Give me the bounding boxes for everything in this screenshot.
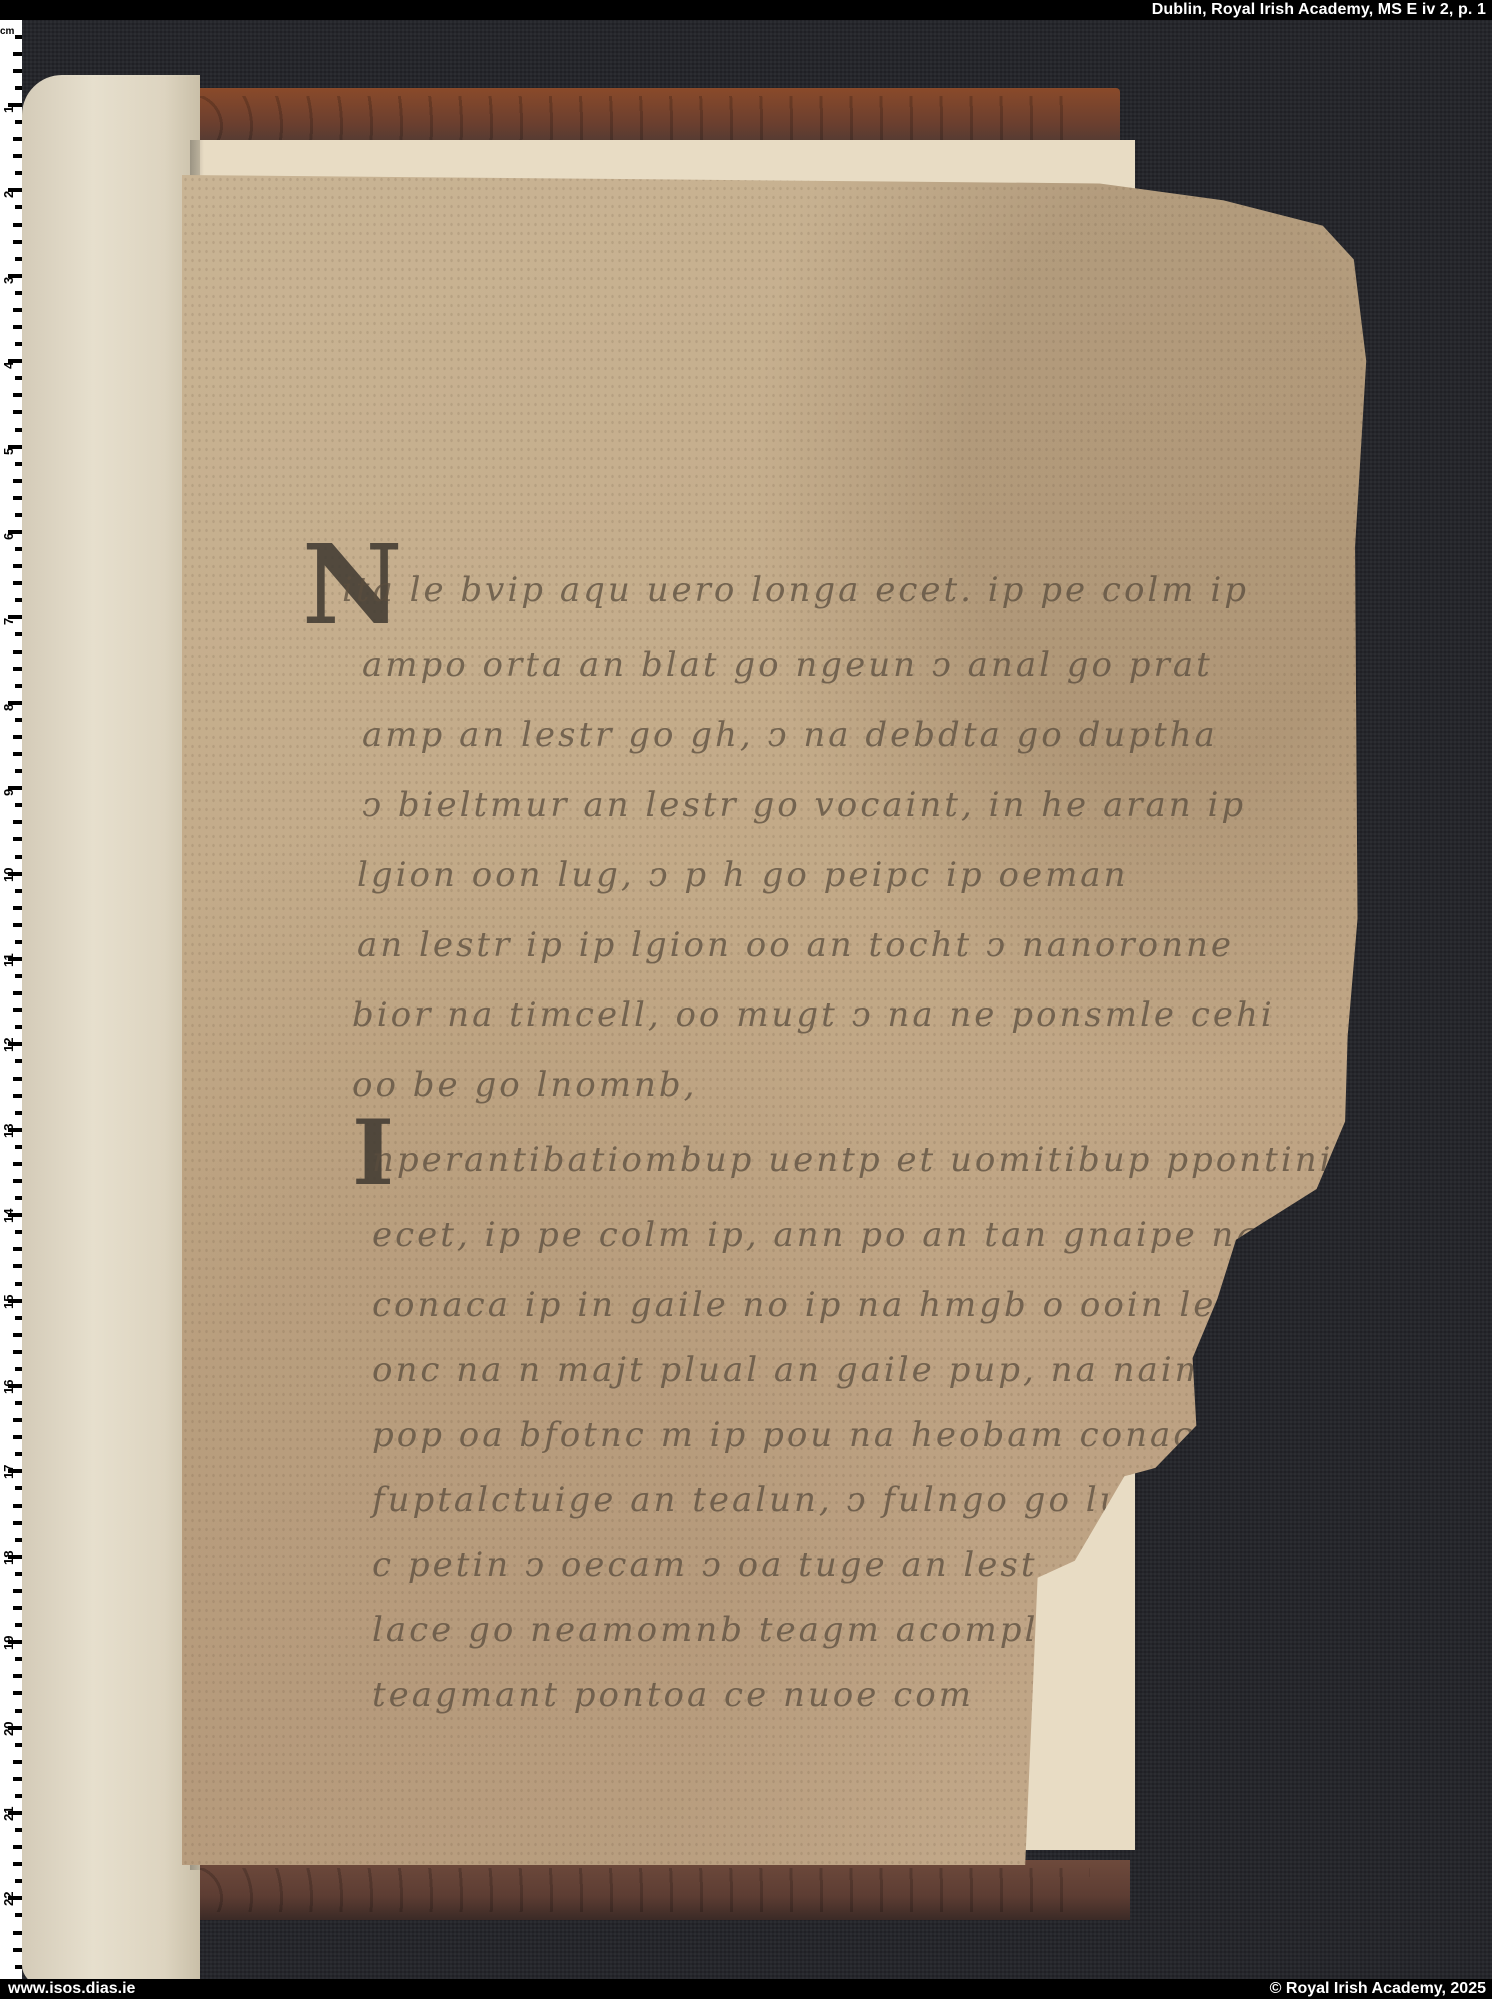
ruler-tick bbox=[15, 86, 22, 90]
book-binding-top bbox=[120, 88, 1120, 148]
ruler-tick bbox=[15, 598, 22, 602]
ruler-tick bbox=[13, 752, 22, 756]
ruler-tick bbox=[15, 342, 22, 346]
manuscript-viewport[interactable]: N ita le bvip aqu uero longa ecet. ip pe… bbox=[0, 20, 1492, 1979]
ruler-tick bbox=[13, 991, 22, 995]
ruler-tick bbox=[15, 1316, 22, 1320]
ruler-cm-label: 16 bbox=[1, 1380, 16, 1394]
ruler-tick bbox=[13, 1931, 22, 1935]
ruler-cm-label: 19 bbox=[1, 1636, 16, 1650]
ruler-tick bbox=[13, 410, 22, 414]
ruler-tick bbox=[13, 1162, 22, 1166]
ruler-tick bbox=[13, 1008, 22, 1012]
ruler-tick bbox=[13, 1094, 22, 1098]
book-binding-bottom bbox=[120, 1860, 1130, 1920]
ruler-cm-label: 11 bbox=[1, 953, 16, 967]
ruler-cm-label: 17 bbox=[1, 1465, 16, 1479]
ruler-tick bbox=[15, 291, 22, 295]
manuscript-page: N ita le bvip aqu uero longa ecet. ip pe… bbox=[182, 175, 1422, 1865]
facing-blank-leaf bbox=[22, 75, 200, 1979]
ruler-tick bbox=[13, 308, 22, 312]
ruler-tick bbox=[15, 1965, 22, 1969]
ruler-cm-label: 22 bbox=[1, 1892, 16, 1906]
ruler-cm-label: 4 bbox=[1, 362, 16, 369]
ruler-tick bbox=[13, 1589, 22, 1593]
ruler-tick bbox=[13, 667, 22, 671]
cm-ruler: cm 12345678910111213141516171819202122 bbox=[0, 20, 22, 1979]
ruler-cm-label: 6 bbox=[1, 533, 16, 540]
ruler-tick bbox=[13, 906, 22, 910]
ruler-tick bbox=[13, 1264, 22, 1268]
ruler-tick bbox=[15, 718, 22, 722]
ruler-tick bbox=[13, 837, 22, 841]
ruler-tick bbox=[15, 120, 22, 124]
ruler-tick bbox=[15, 1657, 22, 1661]
ruler-tick bbox=[13, 1333, 22, 1337]
ruler-tick bbox=[13, 496, 22, 500]
ruler-tick bbox=[13, 820, 22, 824]
ruler-tick bbox=[13, 1077, 22, 1081]
ruler-cm-label: 12 bbox=[1, 1038, 16, 1052]
ruler-tick bbox=[13, 223, 22, 227]
manuscript-line: ita le bvip aqu uero longa ecet. ip pe c… bbox=[342, 570, 1249, 610]
ruler-tick bbox=[15, 513, 22, 517]
ruler-cm-label: 14 bbox=[1, 1209, 16, 1223]
ruler-tick bbox=[13, 1674, 22, 1678]
website-link[interactable]: www.isos.dias.ie bbox=[8, 1980, 135, 1998]
ruler-tick bbox=[13, 581, 22, 585]
ruler-tick bbox=[15, 769, 22, 773]
manuscript-line: nperantibatiombup uentp et uomitibup ppo… bbox=[372, 1140, 1358, 1180]
manuscript-line: teagmant pontoa ce nuoe com bbox=[372, 1675, 974, 1715]
ruler-tick bbox=[15, 1743, 22, 1747]
manuscript-line: oo be go lnomnb, bbox=[352, 1065, 697, 1105]
ruler-cm-label: 8 bbox=[1, 704, 16, 711]
ruler-tick bbox=[15, 1794, 22, 1798]
ruler-tick bbox=[13, 1760, 22, 1764]
ruler-tick bbox=[15, 1059, 22, 1063]
ruler-cm-label: 13 bbox=[1, 1123, 16, 1137]
manuscript-line: an lestr ip ip lgion oo an tocht ↄ nanor… bbox=[357, 925, 1234, 965]
ruler-tick bbox=[15, 376, 22, 380]
ruler-tick bbox=[15, 1025, 22, 1029]
ruler-tick bbox=[13, 1435, 22, 1439]
ruler-tick bbox=[15, 632, 22, 636]
ruler-tick bbox=[13, 154, 22, 158]
ruler-tick bbox=[15, 1572, 22, 1576]
manuscript-line: bior na timcell, oo mugt ↄ na ne ponsmle… bbox=[352, 995, 1275, 1035]
ruler-tick bbox=[15, 940, 22, 944]
ruler-tick bbox=[15, 1913, 22, 1917]
ruler-tick bbox=[15, 1709, 22, 1713]
ruler-tick bbox=[13, 240, 22, 244]
ruler-cm-label: 1 bbox=[1, 106, 16, 113]
ruler-tick bbox=[13, 1504, 22, 1508]
ruler-tick bbox=[15, 171, 22, 175]
ruler-tick bbox=[13, 1777, 22, 1781]
ruler-tick bbox=[15, 803, 22, 807]
ruler-tick bbox=[15, 257, 22, 261]
ruler-cm-label: 21 bbox=[1, 1807, 16, 1821]
ruler-cm-label: 3 bbox=[1, 277, 16, 284]
manuscript-line: pop oa bfotnc m ip pou na heobam conaca bbox=[372, 1415, 1219, 1455]
ruler-tick bbox=[13, 1691, 22, 1695]
ruler-cm-label: 15 bbox=[1, 1294, 16, 1308]
ruler-tick bbox=[15, 1145, 22, 1149]
manuscript-line: lgion oon lug, ↄ p h go peipc ip oeman bbox=[357, 855, 1128, 895]
ruler-cm-label: 9 bbox=[1, 789, 16, 796]
manuscript-line: ecet, ip pe colm ip, ann po an tan gnaip… bbox=[372, 1215, 1382, 1255]
ruler-tick bbox=[15, 1282, 22, 1286]
ruler-cm-label: 7 bbox=[1, 618, 16, 625]
ruler-tick bbox=[13, 923, 22, 927]
ruler-tick bbox=[13, 564, 22, 568]
manuscript-title: Dublin, Royal Irish Academy, MS E iv 2, … bbox=[1152, 1, 1486, 19]
ruler-tick bbox=[15, 684, 22, 688]
ruler-cm-label: 2 bbox=[1, 191, 16, 198]
ruler-tick bbox=[13, 1521, 22, 1525]
manuscript-line: ↄ bieltmur an lestr go vocaint, in he ar… bbox=[362, 785, 1246, 825]
ruler-tick bbox=[13, 650, 22, 654]
ruler-tick bbox=[15, 462, 22, 466]
ruler-tick bbox=[13, 1418, 22, 1422]
ruler-tick bbox=[13, 325, 22, 329]
ruler-cm-label: 20 bbox=[1, 1721, 16, 1735]
footer-bar: www.isos.dias.ie © Royal Irish Academy, … bbox=[0, 1979, 1492, 1999]
ruler-tick bbox=[13, 52, 22, 56]
ruler-tick bbox=[15, 889, 22, 893]
ruler-tick bbox=[15, 1452, 22, 1456]
ruler-tick bbox=[15, 35, 22, 39]
ruler-tick bbox=[15, 855, 22, 859]
ruler-tick bbox=[15, 974, 22, 978]
copyright-notice: © Royal Irish Academy, 2025 bbox=[1270, 1980, 1486, 1998]
ruler-tick bbox=[15, 428, 22, 432]
ruler-tick bbox=[15, 1401, 22, 1405]
ruler-tick bbox=[13, 1845, 22, 1849]
manuscript-line: fuptalctuige an tealun, ↄ fulngo go lunk… bbox=[372, 1480, 1196, 1520]
manuscript-line: amp an lestr go gh, ↄ na debdta go dupth… bbox=[362, 715, 1218, 755]
ruler-tick bbox=[15, 1486, 22, 1490]
ruler-tick bbox=[13, 1862, 22, 1866]
ruler-tick bbox=[15, 547, 22, 551]
ruler-tick bbox=[13, 137, 22, 141]
ruler-tick bbox=[15, 1111, 22, 1115]
manuscript-line: onc na n majt plual an gaile pup, na nai… bbox=[372, 1350, 1282, 1390]
ruler-tick bbox=[15, 1230, 22, 1234]
manuscript-line: conaca ip in gaile no ip na hmgb o ooin … bbox=[372, 1285, 1335, 1325]
ruler-tick bbox=[15, 1367, 22, 1371]
ruler-tick bbox=[15, 1538, 22, 1542]
ruler-cm-label: 10 bbox=[1, 867, 16, 881]
ruler-tick bbox=[13, 1948, 22, 1952]
ruler-tick bbox=[13, 1179, 22, 1183]
ruler-tick bbox=[13, 1606, 22, 1610]
ruler-tick bbox=[13, 1350, 22, 1354]
manuscript-line: lace go neamomnb teagm acomplacoal po ↄ … bbox=[372, 1610, 1343, 1650]
ruler-unit-label: cm bbox=[0, 26, 14, 37]
ruler-cm-label: 18 bbox=[1, 1550, 16, 1564]
ruler-tick bbox=[15, 1828, 22, 1832]
ruler-cm-label: 5 bbox=[1, 447, 16, 454]
manuscript-line: ⅽ petin ↄ oecam ↄ oa tuge an lest bbox=[372, 1545, 1038, 1585]
header-bar: Dublin, Royal Irish Academy, MS E iv 2, … bbox=[0, 0, 1492, 20]
ruler-tick bbox=[15, 1879, 22, 1883]
ruler-tick bbox=[13, 69, 22, 73]
ruler-tick bbox=[15, 1623, 22, 1627]
ruler-tick bbox=[13, 1247, 22, 1251]
manuscript-line: ampo orta an blat go ngeun ↄ anal go pra… bbox=[362, 645, 1213, 685]
ruler-tick bbox=[15, 1196, 22, 1200]
ruler-tick bbox=[15, 205, 22, 209]
ruler-tick bbox=[13, 393, 22, 397]
ruler-tick bbox=[13, 735, 22, 739]
ruler-tick bbox=[13, 479, 22, 483]
